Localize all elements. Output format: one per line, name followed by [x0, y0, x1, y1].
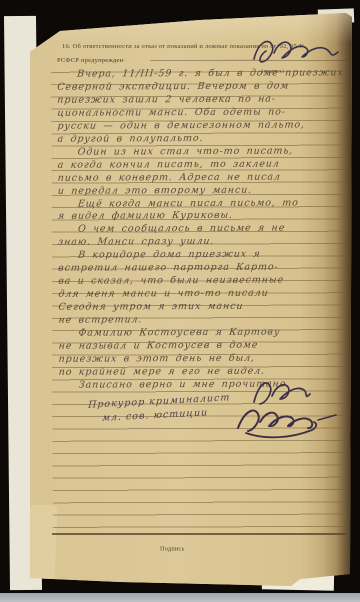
handwriting-line: не называл и Костоусев в доме	[58, 340, 259, 352]
scanned-document: 16. Об ответственности за отказ от показ…	[0, 0, 360, 602]
footer-signature-label: Подпись	[160, 540, 195, 558]
form-header-line-2: РСФСР предупрежден	[57, 51, 149, 69]
document-page: 16. Об ответственности за отказ от показ…	[0, 0, 360, 602]
handwriting-line: русски — один в демисезонном пальто,	[57, 119, 306, 131]
handwriting-line: встретил нашего парторга Карто-	[58, 262, 280, 274]
witness-signature-top	[248, 34, 348, 66]
handwriting-line: знаю. Манси сразу ушли.	[57, 236, 214, 248]
handwriting-line: я видел фамилию Куриковы.	[57, 210, 233, 222]
handwriting-line: циональности манси. Оба одеты по-	[57, 107, 287, 119]
handwriting-line: а когда кончил писать, то заклеил	[57, 159, 280, 171]
handwriting-line: не встретил.	[58, 314, 143, 325]
prosecutor-signature	[228, 400, 340, 444]
handwriting-line: приезжих в этот день не был,	[58, 353, 255, 365]
handwriting-body: Вчера, 11/III-59 г. я был в доме приезжи…	[57, 67, 351, 399]
handwriting-line: О чем сообщалось в письме я не	[57, 223, 285, 235]
handwriting-line: Фамилию Костоусева я Картову	[58, 327, 281, 339]
handwriting-line: и передал это второму манси.	[57, 185, 252, 197]
handwriting-line: Северной экспедиции. Вечером в дом	[57, 81, 290, 93]
handwriting-line: для меня манси и что-то писали	[58, 288, 269, 300]
handwriting-line: Один из них стал что-то писать,	[57, 146, 294, 158]
handwriting-line: В коридоре дома приезжих я	[58, 249, 262, 261]
scanner-strip	[0, 593, 360, 602]
handwriting-line: Сегодня утром я этих манси	[58, 301, 244, 313]
footer-rule	[52, 533, 346, 535]
handwriting-line: ва и сказал, что были неизвестные	[58, 275, 285, 287]
handwriting-line: письмо в конверт. Адреса не писал	[57, 172, 281, 184]
handwriting-line: Ещё когда манси писал письмо, то	[57, 198, 299, 210]
handwriting-line: Вчера, 11/III-59 г. я был в доме приезжи…	[57, 67, 345, 80]
handwriting-line: а другой в полупальто.	[57, 133, 204, 145]
handwriting-line: по крайней мере я его не видел.	[58, 366, 265, 378]
handwriting-line: приезжих зашли 2 человека по на-	[57, 94, 277, 106]
